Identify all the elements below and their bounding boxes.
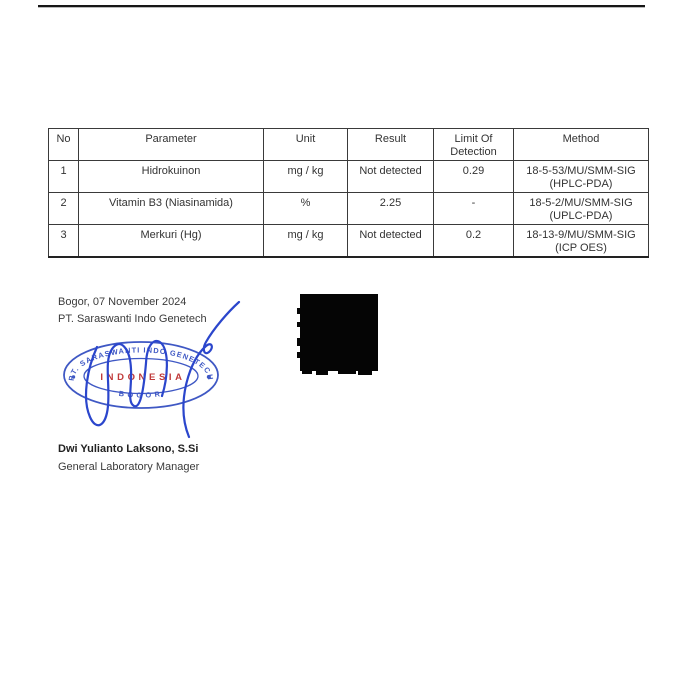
col-header-unit: Unit	[264, 129, 348, 161]
company-name: PT. Saraswanti Indo Genetech	[58, 313, 207, 325]
page-top-rule	[38, 5, 645, 7]
redaction-mark	[297, 322, 300, 327]
cell-parameter: Hidrokuinon	[79, 161, 264, 193]
table-row: 3 Merkuri (Hg) mg / kg Not detected 0.2 …	[49, 225, 649, 258]
cell-no: 2	[49, 193, 79, 225]
cell-unit: mg / kg	[264, 161, 348, 193]
cell-method: 18-5-2/MU/SMM-SIG (UPLC-PDA)	[514, 193, 649, 225]
stamp-left-dot	[72, 375, 75, 378]
cell-no: 1	[49, 161, 79, 193]
col-header-result: Result	[348, 129, 434, 161]
table-header-row: No Parameter Unit Result Limit Of Detect…	[49, 129, 649, 161]
results-table: No Parameter Unit Result Limit Of Detect…	[48, 128, 649, 258]
stamp-arc-text: PT. SARASWANTI INDO GENETECH	[67, 345, 216, 381]
cell-no: 3	[49, 225, 79, 258]
cell-limit: -	[434, 193, 514, 225]
col-header-limit-of-detection: Limit Of Detection	[434, 129, 514, 161]
cell-result: Not detected	[348, 161, 434, 193]
company-stamp: PT. SARASWANTI INDO GENETECH BOGOR INDON…	[64, 342, 218, 408]
cell-result: 2.25	[348, 193, 434, 225]
cell-parameter: Merkuri (Hg)	[79, 225, 264, 258]
cell-unit: mg / kg	[264, 225, 348, 258]
redaction-box	[300, 294, 378, 371]
redaction-mark	[297, 338, 300, 346]
signatory-title: General Laboratory Manager	[58, 461, 199, 473]
date-line: Bogor, 07 November 2024	[58, 296, 186, 308]
table-row: 2 Vitamin B3 (Niasinamida) % 2.25 - 18-5…	[49, 193, 649, 225]
redaction-mark	[316, 371, 328, 375]
stamp-center-text: INDONESIA	[100, 372, 185, 383]
redaction-mark	[302, 371, 312, 374]
col-header-parameter: Parameter	[79, 129, 264, 161]
table-row: 1 Hidrokuinon mg / kg Not detected 0.29 …	[49, 161, 649, 193]
cell-method: 18-5-53/MU/SMM-SIG (HPLC-PDA)	[514, 161, 649, 193]
cell-limit: 0.29	[434, 161, 514, 193]
redaction-mark	[338, 371, 356, 374]
cell-limit: 0.2	[434, 225, 514, 258]
stamp-right-dot	[207, 375, 210, 378]
col-header-method: Method	[514, 129, 649, 161]
redaction-mark	[297, 308, 300, 314]
cell-unit: %	[264, 193, 348, 225]
stamp-bottom-text: BOGOR	[118, 389, 164, 400]
redaction-mark	[358, 371, 372, 375]
report-page: No Parameter Unit Result Limit Of Detect…	[0, 0, 700, 700]
cell-parameter: Vitamin B3 (Niasinamida)	[79, 193, 264, 225]
signatory-name: Dwi Yulianto Laksono, S.Si	[58, 443, 198, 455]
cell-result: Not detected	[348, 225, 434, 258]
redaction-mark	[297, 352, 300, 358]
cell-method: 18-13-9/MU/SMM-SIG (ICP OES)	[514, 225, 649, 258]
col-header-no: No	[49, 129, 79, 161]
